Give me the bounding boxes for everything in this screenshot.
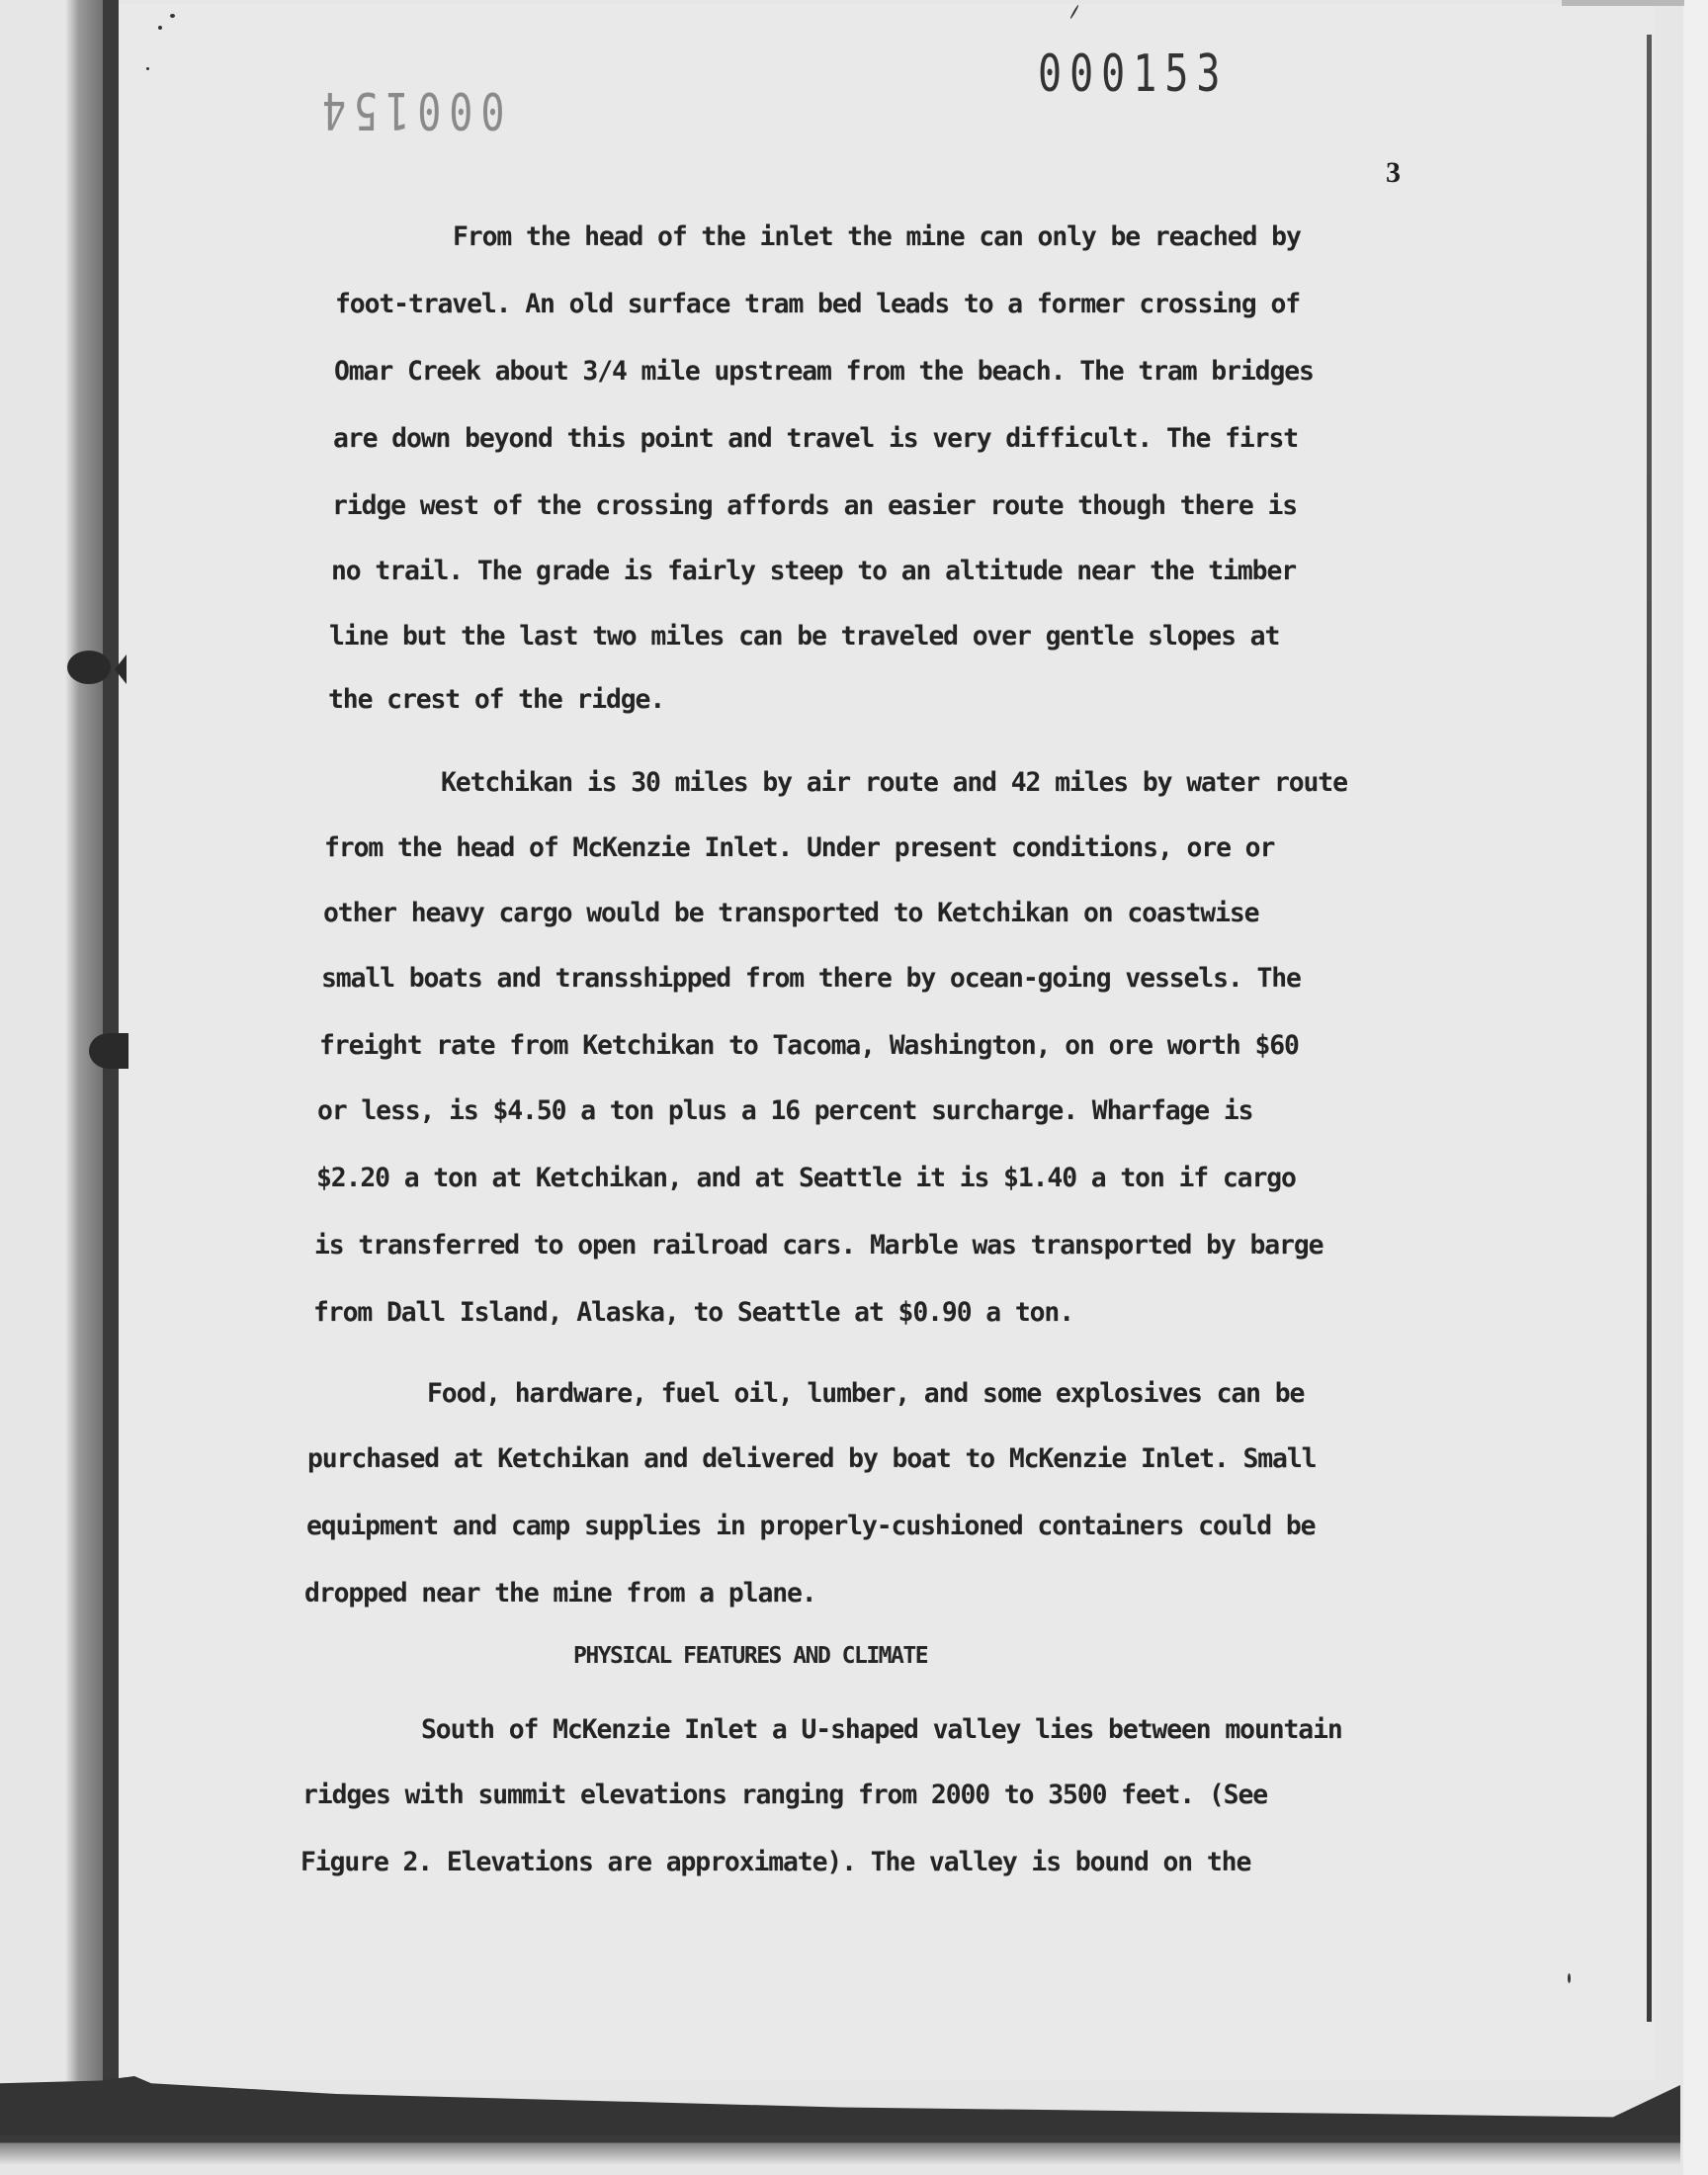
bates-stamp: 000153 [1038,44,1229,104]
text-line: $2.20 a ton at Ketchikan, and at Seattle… [316,1163,1296,1193]
text-line: small boats and transshipped from there … [321,963,1301,994]
text-line: freight rate from Ketchikan to Tacoma, W… [319,1030,1299,1061]
text-line: from Dall Island, Alaska, to Seattle at … [313,1297,1073,1328]
speck [146,67,149,70]
section-heading: PHYSICAL FEATURES AND CLIMATE [573,1643,927,1669]
speck [1568,1973,1571,1983]
text-line: dropped near the mine from a plane. [304,1578,816,1609]
text-line: the crest of the ridge. [328,684,664,715]
text-line: From the head of the inlet the mine can … [453,221,1301,252]
text-line: no trail. The grade is fairly steep to a… [331,556,1296,586]
top-page-edge [1562,0,1684,6]
scanned-page: 000153 000154 3 From the head of the inl… [0,0,1708,2175]
bates-stamp-bleedthrough: 000154 [314,80,505,139]
speck [170,14,175,18]
text-line: ridges with summit elevations ranging fr… [302,1780,1267,1810]
text-line: South of McKenzie Inlet a U-shaped valle… [421,1714,1342,1745]
text-line: Ketchikan is 30 miles by air route and 4… [441,767,1347,798]
text-line: purchased at Ketchikan and delivered by … [307,1443,1316,1474]
right-margin [1683,0,1708,2175]
right-page-edge [1647,35,1652,2022]
text-line: from the head of McKenzie Inlet. Under p… [324,832,1274,863]
text-line: are down beyond this point and travel is… [333,423,1298,454]
punch-hole-icon [89,1033,128,1069]
text-line: equipment and camp supplies in properly-… [306,1511,1315,1541]
punch-hole-icon [67,651,111,684]
text-line: or less, is $4.50 a ton plus a 16 percen… [317,1095,1252,1126]
text-line: is transferred to open railroad cars. Ma… [314,1230,1323,1261]
text-line: Figure 2. Elevations are approximate). T… [300,1847,1250,1877]
text-line: ridge west of the crossing affords an ea… [332,490,1297,521]
text-line: line but the last two miles can be trave… [329,621,1279,652]
text-line: foot-travel. An old surface tram bed lea… [335,289,1300,319]
text-line: Omar Creek about 3/4 mile upstream from … [334,356,1314,387]
page-number: 3 [1386,156,1401,190]
text-line: other heavy cargo would be transported t… [323,898,1258,928]
bottom-fade [0,2135,1680,2165]
text-line: Food, hardware, fuel oil, lumber, and so… [427,1378,1304,1409]
speck [158,26,162,30]
